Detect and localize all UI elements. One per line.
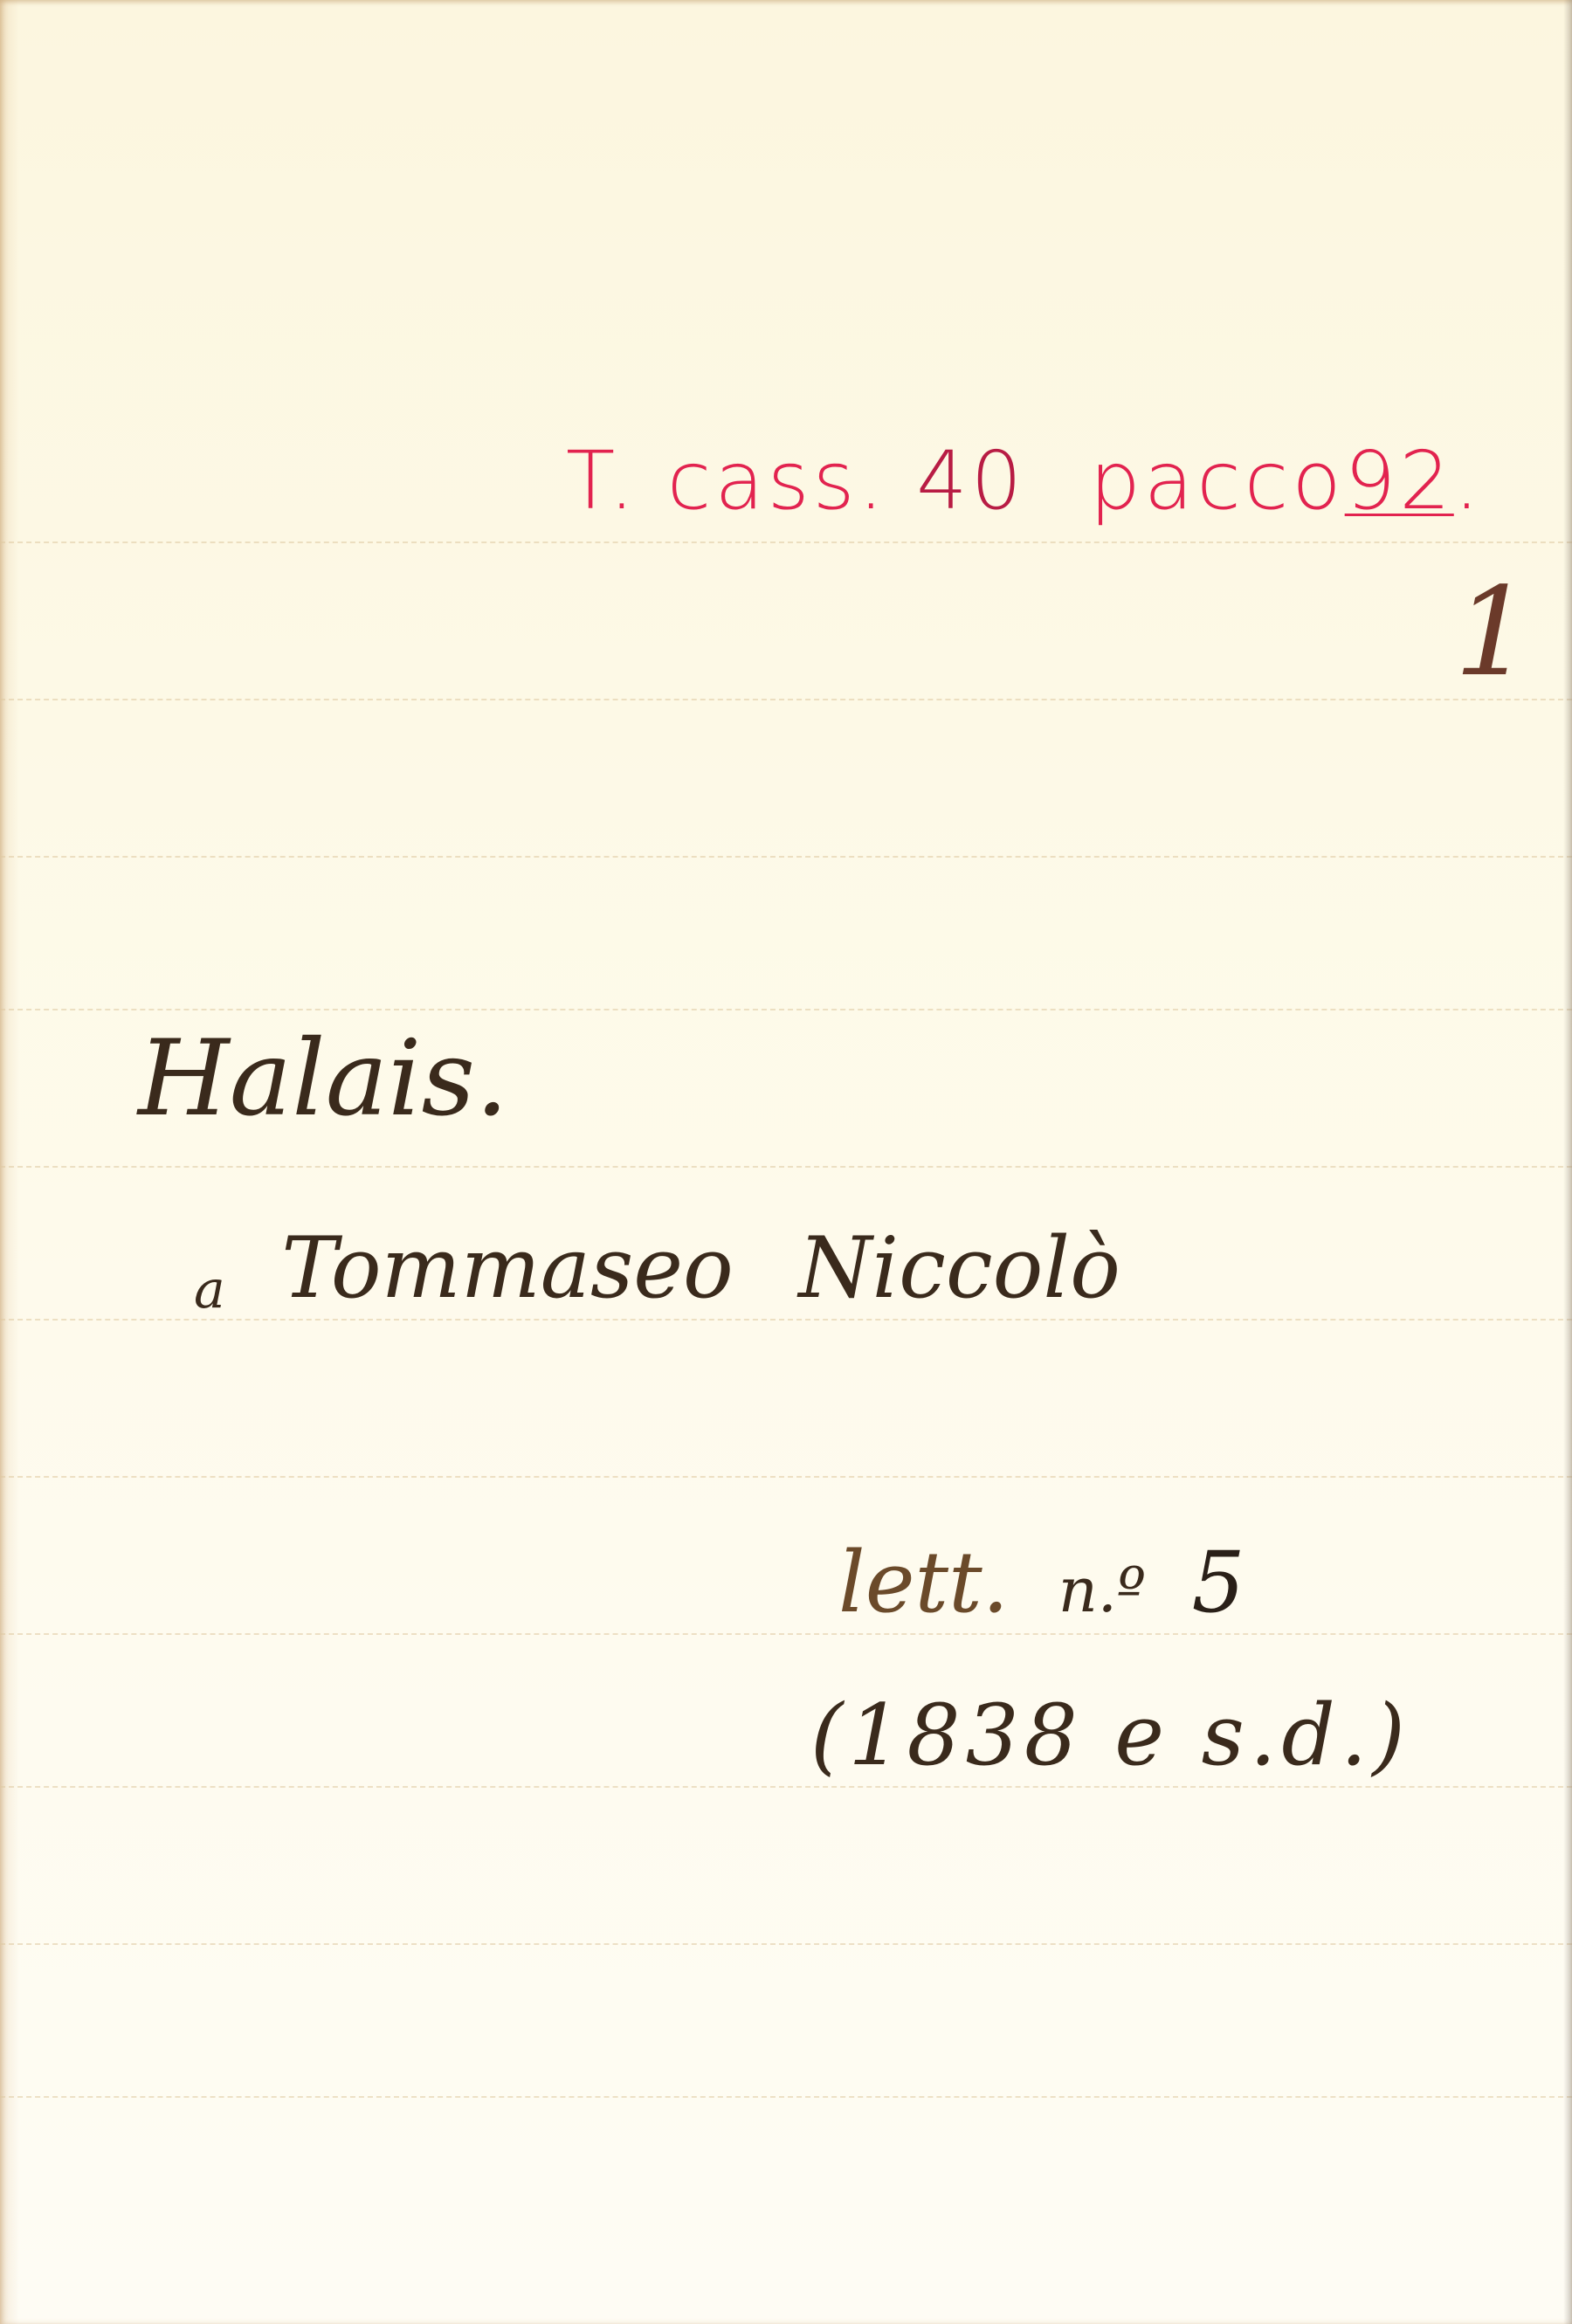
correspondent-name: Halais. bbox=[138, 1022, 508, 1137]
letters-dates: (1838 e s.d.) bbox=[810, 1690, 1410, 1783]
letters-label: lett. bbox=[838, 1534, 1009, 1631]
shelfmark-cass-number: 40 bbox=[916, 434, 1025, 528]
recipient-given-name: Niccolò bbox=[798, 1219, 1120, 1317]
recipient-surname: Tommaseo bbox=[281, 1219, 734, 1317]
ruled-line bbox=[0, 541, 1572, 543]
ruled-line bbox=[0, 1319, 1572, 1321]
ruled-line bbox=[0, 856, 1572, 858]
ruled-line bbox=[0, 2096, 1572, 2098]
shelfmark-prefix: T. bbox=[566, 434, 638, 528]
shelfmark: T. cass. 40 pacco92. bbox=[566, 441, 1483, 521]
ruled-line bbox=[0, 1009, 1572, 1010]
letters-count: 5 bbox=[1191, 1534, 1244, 1631]
shelfmark-cass-label: cass. bbox=[667, 434, 887, 528]
recipient-prefix: a bbox=[194, 1259, 225, 1321]
ruled-line bbox=[0, 1166, 1572, 1168]
index-card: T. cass. 40 pacco92. 1 Halais. a Tommase… bbox=[0, 0, 1572, 2324]
ruled-line bbox=[0, 699, 1572, 700]
letters-count-line: lett. n.º 5 bbox=[838, 1537, 1245, 1630]
shelfmark-period: . bbox=[1454, 434, 1483, 528]
recipient-line: a Tommaseo Niccolò bbox=[194, 1223, 1120, 1319]
letters-number-label: n.º bbox=[1058, 1555, 1146, 1626]
shelfmark-pacco-number: 92 bbox=[1345, 434, 1454, 528]
ruled-line bbox=[0, 1633, 1572, 1635]
ruled-line bbox=[0, 1943, 1572, 1945]
ruled-line bbox=[0, 1476, 1572, 1478]
shelfmark-sub-number: 1 bbox=[1454, 572, 1532, 694]
shelfmark-pacco-label: pacco bbox=[1089, 434, 1344, 528]
ruled-line bbox=[0, 1786, 1572, 1788]
